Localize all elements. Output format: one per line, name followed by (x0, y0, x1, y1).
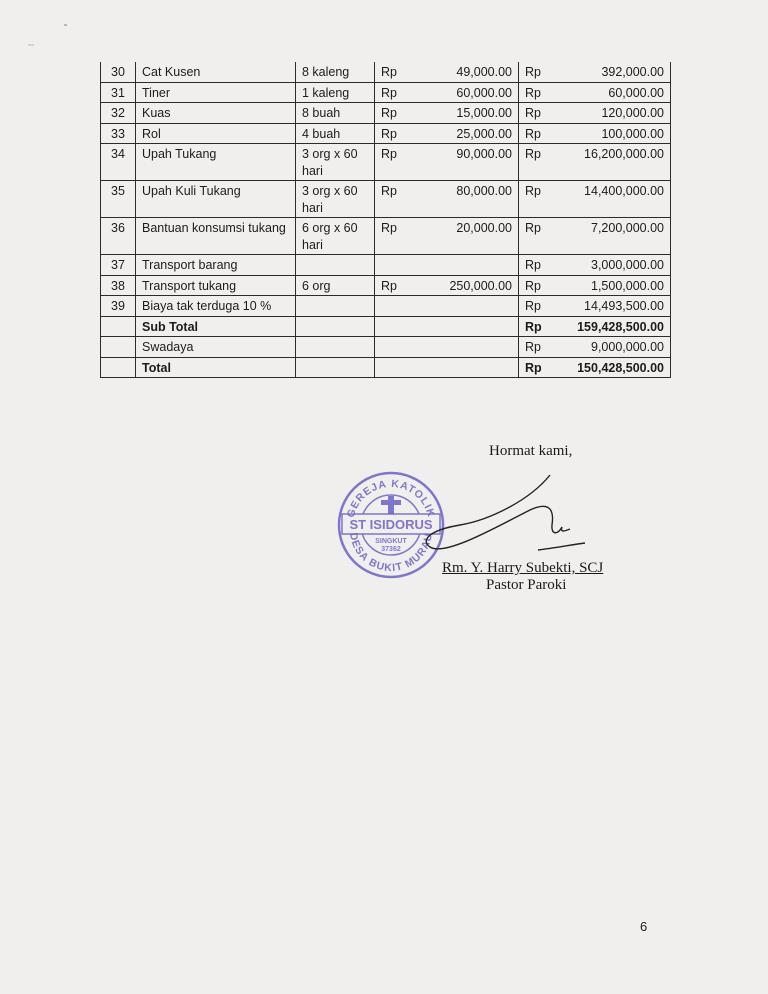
summary-row: Sub TotalRp159,428,500.00 (101, 316, 671, 337)
unit-price (411, 255, 519, 276)
summary-currency: Rp (519, 316, 556, 337)
line-total: 120,000.00 (555, 103, 671, 124)
row-number: 31 (101, 82, 136, 103)
summary-amount: 9,000,000.00 (555, 337, 671, 358)
summary-amount: 150,428,500.00 (555, 357, 671, 378)
item-name: Upah Kuli Tukang (136, 181, 296, 218)
row-number: 37 (101, 255, 136, 276)
unit-price: 15,000.00 (411, 103, 519, 124)
quantity (296, 255, 375, 276)
line-total: 100,000.00 (555, 123, 671, 144)
line-total: 14,493,500.00 (555, 296, 671, 317)
signature-icon (420, 465, 600, 575)
table-row: 36Bantuan konsumsi tukang6 org x 60 hari… (101, 218, 671, 255)
unit-currency: Rp (375, 123, 412, 144)
unit-price: 250,000.00 (411, 275, 519, 296)
scan-speck (28, 44, 34, 46)
row-number: 35 (101, 181, 136, 218)
total-currency: Rp (519, 255, 556, 276)
unit-currency: Rp (375, 62, 412, 82)
row-number: 39 (101, 296, 136, 317)
table-row: 35Upah Kuli Tukang3 org x 60 hariRp80,00… (101, 181, 671, 218)
table-row: 30Cat Kusen8 kalengRp49,000.00Rp392,000.… (101, 62, 671, 82)
item-name: Transport barang (136, 255, 296, 276)
unit-currency: Rp (375, 181, 412, 218)
item-name: Cat Kusen (136, 62, 296, 82)
item-name: Rol (136, 123, 296, 144)
unit-currency: Rp (375, 218, 412, 255)
item-name: Upah Tukang (136, 144, 296, 181)
line-total: 7,200,000.00 (555, 218, 671, 255)
quantity (296, 357, 375, 378)
signer-name: Rm. Y. Harry Subekti, SCJ (442, 560, 603, 577)
total-currency: Rp (519, 218, 556, 255)
total-currency: Rp (519, 103, 556, 124)
summary-amount: 159,428,500.00 (555, 316, 671, 337)
unit-price: 90,000.00 (411, 144, 519, 181)
quantity (296, 337, 375, 358)
summary-currency: Rp (519, 337, 556, 358)
table-row: 39Biaya tak terduga 10 %Rp14,493,500.00 (101, 296, 671, 317)
table-row: 37Transport barangRp3,000,000.00 (101, 255, 671, 276)
quantity (296, 296, 375, 317)
item-name: Bantuan konsumsi tukang (136, 218, 296, 255)
summary-label: Total (136, 357, 296, 378)
row-number (101, 337, 136, 358)
item-name: Biaya tak terduga 10 % (136, 296, 296, 317)
row-number: 38 (101, 275, 136, 296)
item-name: Tiner (136, 82, 296, 103)
total-currency: Rp (519, 82, 556, 103)
total-currency: Rp (519, 144, 556, 181)
line-total: 60,000.00 (555, 82, 671, 103)
row-number: 36 (101, 218, 136, 255)
line-total: 3,000,000.00 (555, 255, 671, 276)
total-currency: Rp (519, 275, 556, 296)
total-currency: Rp (519, 181, 556, 218)
unit-currency: Rp (375, 275, 412, 296)
table-row: 34Upah Tukang3 org x 60 hariRp90,000.00R… (101, 144, 671, 181)
unit-price (411, 357, 519, 378)
table-row: 31Tiner1 kalengRp60,000.00Rp60,000.00 (101, 82, 671, 103)
summary-currency: Rp (519, 357, 556, 378)
summary-label: Sub Total (136, 316, 296, 337)
unit-currency (375, 337, 412, 358)
unit-currency (375, 296, 412, 317)
table-row: 33Rol4 buahRp25,000.00Rp100,000.00 (101, 123, 671, 144)
closing-salutation: Hormat kami, (489, 443, 572, 460)
page-number: 6 (640, 919, 647, 934)
quantity: 8 kaleng (296, 62, 375, 82)
item-name: Kuas (136, 103, 296, 124)
unit-price: 20,000.00 (411, 218, 519, 255)
row-number: 32 (101, 103, 136, 124)
unit-currency: Rp (375, 103, 412, 124)
line-total: 14,400,000.00 (555, 181, 671, 218)
quantity: 8 buah (296, 103, 375, 124)
row-number: 34 (101, 144, 136, 181)
quantity (296, 316, 375, 337)
line-total: 392,000.00 (555, 62, 671, 82)
quantity: 3 org x 60 hari (296, 181, 375, 218)
table-row: 38Transport tukang6 orgRp250,000.00Rp1,5… (101, 275, 671, 296)
quantity: 6 org x 60 hari (296, 218, 375, 255)
unit-currency (375, 255, 412, 276)
unit-price: 25,000.00 (411, 123, 519, 144)
quantity: 4 buah (296, 123, 375, 144)
line-total: 16,200,000.00 (555, 144, 671, 181)
signer-role: Pastor Paroki (486, 577, 566, 594)
budget-table: 30Cat Kusen8 kalengRp49,000.00Rp392,000.… (100, 62, 671, 378)
row-number (101, 357, 136, 378)
summary-row: TotalRp150,428,500.00 (101, 357, 671, 378)
unit-currency (375, 316, 412, 337)
unit-price: 80,000.00 (411, 181, 519, 218)
row-number: 33 (101, 123, 136, 144)
svg-text:37362: 37362 (381, 546, 401, 553)
summary-label: Swadaya (136, 337, 296, 358)
svg-text:SINGKUT: SINGKUT (375, 538, 407, 545)
scan-speck (64, 24, 67, 26)
unit-currency: Rp (375, 82, 412, 103)
unit-currency (375, 357, 412, 378)
line-total: 1,500,000.00 (555, 275, 671, 296)
unit-currency: Rp (375, 144, 412, 181)
total-currency: Rp (519, 62, 556, 82)
row-number: 30 (101, 62, 136, 82)
unit-price (411, 316, 519, 337)
unit-price (411, 337, 519, 358)
row-number (101, 316, 136, 337)
summary-row: SwadayaRp9,000,000.00 (101, 337, 671, 358)
quantity: 1 kaleng (296, 82, 375, 103)
item-name: Transport tukang (136, 275, 296, 296)
table-row: 32Kuas8 buahRp15,000.00Rp120,000.00 (101, 103, 671, 124)
total-currency: Rp (519, 296, 556, 317)
unit-price: 49,000.00 (411, 62, 519, 82)
unit-price (411, 296, 519, 317)
total-currency: Rp (519, 123, 556, 144)
quantity: 3 org x 60 hari (296, 144, 375, 181)
quantity: 6 org (296, 275, 375, 296)
unit-price: 60,000.00 (411, 82, 519, 103)
